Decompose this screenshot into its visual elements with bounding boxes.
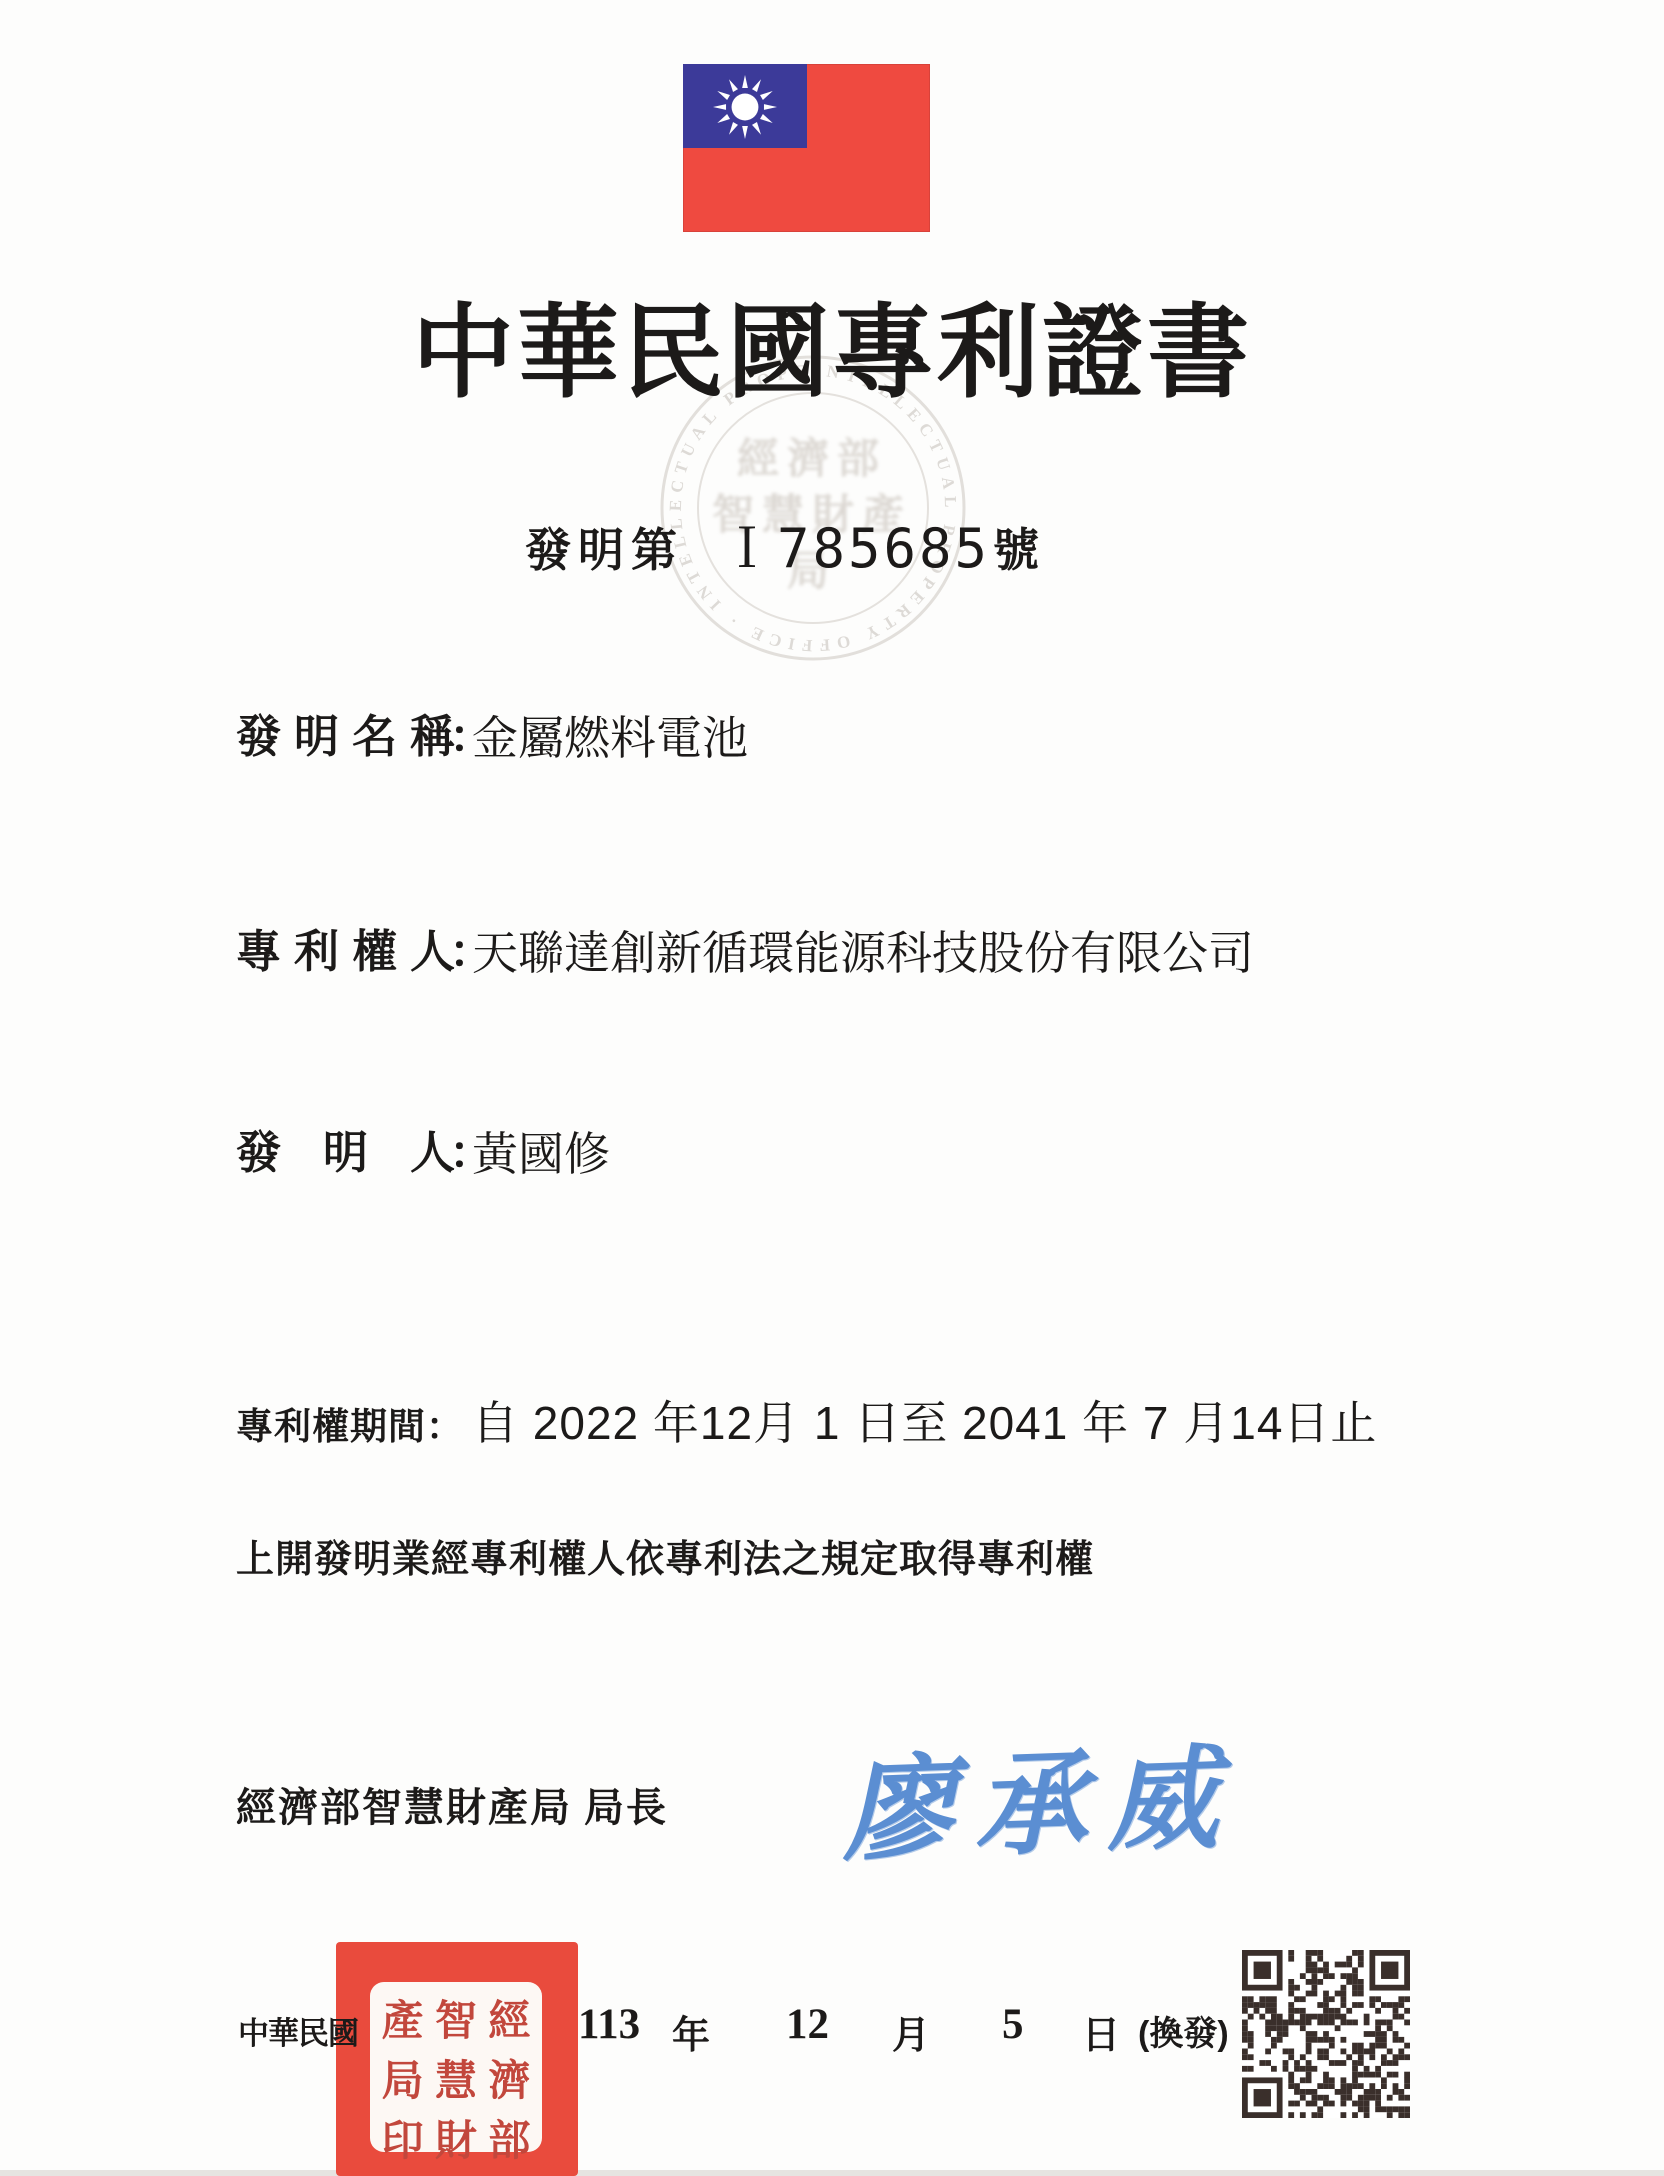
- date-day: 5: [1002, 2000, 1024, 2049]
- patent-term-value: 自 2022 年12月 1 日至 2041 年 7 月14日止: [472, 1387, 1377, 1453]
- date-reissue-note: (換發): [1138, 2006, 1229, 2055]
- invention-name-label: 發明名稱: [236, 700, 468, 765]
- seal-char: 局: [376, 2048, 429, 2108]
- seal-char: 印: [376, 2108, 429, 2168]
- date-month: 12: [786, 2000, 829, 2049]
- serial-prefix: 發明第: [525, 514, 684, 580]
- taiwan-flag: [683, 64, 930, 232]
- date-year: 113: [578, 2000, 640, 2049]
- patent-term-label: 專利權期間：: [236, 1396, 464, 1450]
- invention-name-value: 金屬燃料電池: [472, 702, 748, 768]
- certificate-title: 中華民國專利證書: [0, 272, 1664, 418]
- flag-canton: [683, 64, 807, 148]
- date-year-unit: 年: [672, 2004, 710, 2059]
- inventor-value: 黃國修: [472, 1118, 610, 1184]
- date-era: 中華民國: [238, 2008, 358, 2053]
- red-seal-stamp: 產 智 經 局 慧 濟 印 財 部: [336, 1942, 578, 2176]
- seal-inner-face: 產 智 經 局 慧 濟 印 財 部: [370, 1982, 542, 2152]
- seal-char: 經: [483, 1988, 536, 2048]
- seal-char: 慧: [429, 2048, 482, 2108]
- qr-code: [1242, 1950, 1410, 2118]
- date-month-unit: 月: [892, 2004, 930, 2059]
- legal-statement: 上開發明業經專利權人依專利法之規定取得專利權: [236, 1528, 1094, 1583]
- certificate-page: INTELLECTUAL PROPERTY OFFICE · INTELLECT…: [0, 0, 1664, 2176]
- serial-suffix: 號: [993, 514, 1039, 580]
- seal-char: 財: [429, 2108, 482, 2168]
- white-sun-icon: [713, 75, 777, 139]
- seal-char: 智: [429, 1988, 482, 2048]
- date-day-unit: 日: [1082, 2004, 1120, 2059]
- seal-char: 產: [376, 1988, 429, 2048]
- seal-char: 部: [483, 2108, 536, 2168]
- director-general-signature: 廖承威: [840, 1731, 1240, 1879]
- serial-number: Ｉ785685: [720, 506, 990, 583]
- patentee-value: 天聯達創新循環能源科技股份有限公司: [472, 917, 1254, 983]
- scan-edge-shadow: [0, 2170, 1664, 2176]
- patentee-label: 專利權人: [236, 915, 468, 980]
- issuer-title: 經濟部智慧財產局 局長: [236, 1776, 668, 1833]
- seal-char: 濟: [483, 2048, 536, 2108]
